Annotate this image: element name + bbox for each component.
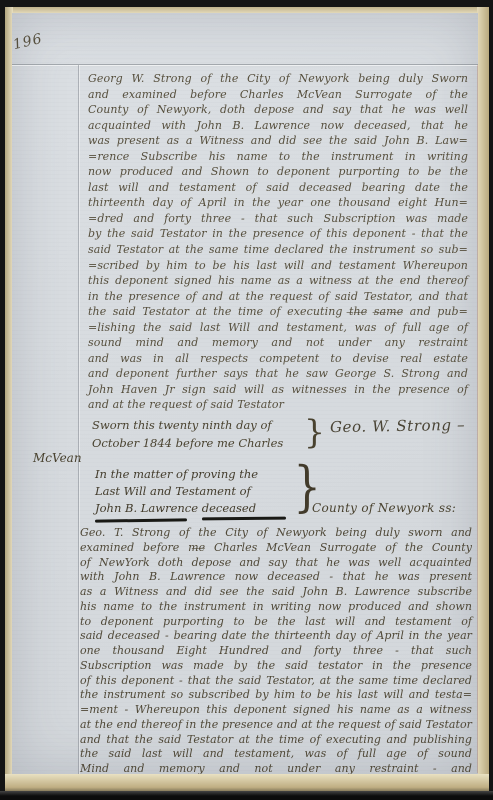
venue-heading: County of Newyork ss:: [312, 501, 456, 515]
manuscript-line: =dred and forty three - that such Subscr…: [88, 211, 468, 227]
manuscript-line: by the said Testator in the presence of …: [88, 226, 468, 242]
manuscript-line: Last Will and Testament of: [95, 483, 295, 500]
manuscript-line: =ment - Whereupon this deponent signed h…: [80, 703, 472, 718]
manuscript-line: and was in all respects competent to dev…: [88, 351, 468, 367]
jurat-block: Sworn this twenty ninth day of October 1…: [92, 416, 322, 452]
manuscript-line: this deponent signed his name as a witne…: [88, 273, 468, 289]
jurat-line-1: Sworn this twenty ninth day of: [92, 416, 322, 434]
manuscript-line: at the end thereof in the presence and a…: [80, 718, 472, 733]
manuscript-line: said Testator at the same time declared …: [88, 242, 468, 258]
manuscript-line: last will and testament of said deceased…: [88, 180, 468, 196]
manuscript-line: as a Witness and did see the said John B…: [80, 585, 472, 600]
manuscript-line: of NewYork doth depose and say that he w…: [80, 556, 472, 571]
manuscript-line: =scribed by him to be his last will and …: [88, 258, 468, 274]
manuscript-line: in the presence of and at the request of…: [88, 289, 468, 305]
manuscript-line: was present as a Witness and did see the…: [88, 133, 468, 149]
manuscript-line: Georg W. Strong of the City of Newyork b…: [88, 71, 468, 87]
manuscript-line: the said last will and testament, was of…: [80, 747, 472, 762]
manuscript-line: and that the said Testator at the time o…: [80, 733, 472, 748]
manuscript-line: and deponent further says that he saw Ge…: [88, 366, 468, 382]
manuscript-line: County of Newyork, doth depose and say t…: [88, 102, 468, 118]
manuscript-line: examined before m̶e̶ Charles McVean Surr…: [80, 541, 472, 556]
signature-geo-w-strong: Geo. W. Strong –: [330, 416, 465, 436]
manuscript-line: sound mind and memory and not under any …: [88, 335, 468, 351]
manuscript-line: the said Testator at the time of executi…: [88, 304, 468, 320]
jurat-line-2: October 1844 before me Charles: [92, 434, 322, 452]
manuscript-line: =rence Subscribe his name to the instrum…: [88, 149, 468, 165]
manuscript-line: =lishing the said last Will and testamen…: [88, 320, 468, 336]
manuscript-line: Subscription was made by the said testat…: [80, 659, 472, 674]
manuscript-line: thirteenth day of April in the year one …: [88, 195, 468, 211]
manuscript-line: his name to the instrument in writing no…: [80, 600, 472, 615]
manuscript-line: to deponent purporting to be the last wi…: [80, 615, 472, 630]
jurat-bracket: }: [304, 412, 325, 451]
manuscript-line: In the matter of proving the: [95, 466, 295, 483]
photo-frame-bottom: [0, 791, 493, 800]
right-margin-rule: [477, 65, 478, 773]
deposition-geo-t-strong: Geo. T. Strong of the City of Newyork be…: [80, 526, 472, 777]
manuscript-line: Geo. T. Strong of the City of Newyork be…: [80, 526, 472, 541]
manuscript-line: of this deponent - that the said Testato…: [80, 674, 472, 689]
manuscript-line: the instrument so subscribed by him to b…: [80, 688, 472, 703]
caption-block: In the matter of proving theLast Will an…: [95, 466, 295, 516]
manuscript-line: said deceased - bearing date the thirtee…: [80, 629, 472, 644]
vertical-crease: [78, 65, 79, 775]
manuscript-line: acquainted with John B. Lawrence now dec…: [88, 118, 468, 134]
scanned-document-photo: 196 Georg W. Strong of the City of Newyo…: [0, 0, 493, 800]
horizontal-crease: [12, 64, 478, 65]
manuscript-line: now produced and Shown to deponent purpo…: [88, 164, 468, 180]
manuscript-line: and at the request of said Testator: [88, 397, 468, 413]
manuscript-line: with John B. Lawrence now deceased - tha…: [80, 570, 472, 585]
book-edge-right: [477, 7, 489, 793]
manuscript-line: John B. Lawrence deceased: [95, 500, 295, 517]
surrogate-name-continuation: McVean: [33, 451, 82, 465]
deposition-george-w-strong: Georg W. Strong of the City of Newyork b…: [88, 71, 468, 413]
manuscript-line: and examined before Charles McVean Surro…: [88, 87, 468, 103]
manuscript-line: John Haven Jr sign said will as witnesse…: [88, 382, 468, 398]
manuscript-line: one thousand Eight Hundred and forty thr…: [80, 644, 472, 659]
